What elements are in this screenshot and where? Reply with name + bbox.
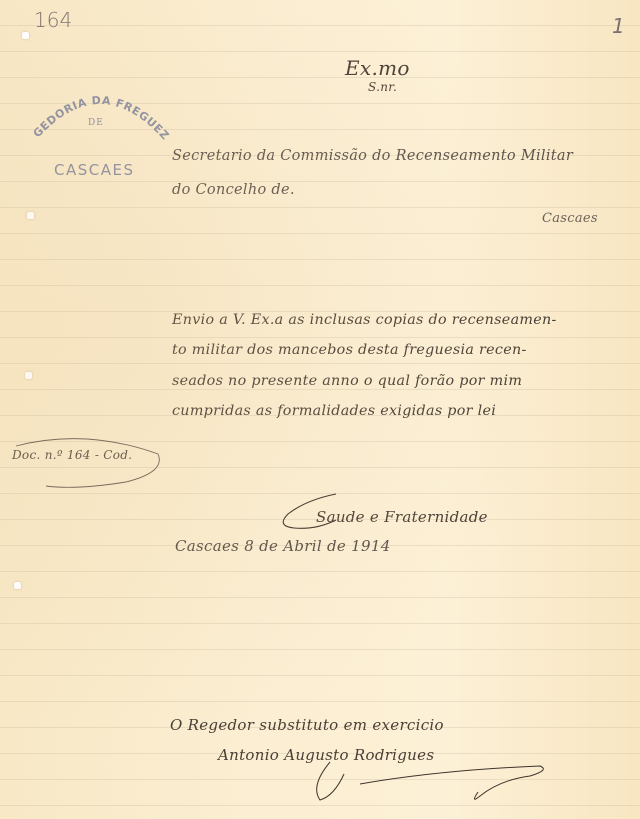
addressee-line-2: do Concelho de. — [172, 182, 295, 198]
stamp-place: CASCAES — [54, 161, 135, 179]
addressee-line-1: Secretario da Commissão do Recenseamento… — [172, 148, 573, 164]
salutation-top: Ex.mo — [345, 56, 410, 80]
body-line-1: Envio a V. Ex.a as inclusas copias do re… — [172, 312, 557, 328]
addressee-location: Cascaes — [542, 211, 598, 226]
svg-text:REGEDORIA DA FREGUEZIA: REGEDORIA DA FREGUEZIA — [30, 80, 170, 140]
stamp-de: DE — [88, 118, 104, 128]
salutation-bottom: S.nr. — [368, 80, 397, 94]
body-line-3: seados no presente anno o qual forão por… — [172, 373, 522, 389]
body-line-4: cumpridas as formalidades exigidas por l… — [172, 403, 496, 419]
punch-hole — [22, 32, 29, 39]
page-number: 1 — [612, 14, 625, 38]
signer-title: O Regedor substituto em exercicio — [170, 716, 444, 734]
punch-hole — [25, 372, 32, 379]
signer-name: Antonio Augusto Rodrigues — [218, 746, 434, 764]
punch-hole — [27, 212, 34, 219]
valediction: Saude e Fraternidade — [316, 508, 488, 526]
margin-note: Doc. n.º 164 - Cod. — [12, 448, 132, 462]
punch-hole — [14, 582, 21, 589]
document-page: 164 1 REGEDORIA DA FREGUEZIA DE CASCAES … — [0, 0, 640, 819]
place-date: Cascaes 8 de Abril de 1914 — [175, 537, 391, 555]
body-line-2: to militar dos mancebos desta freguesia … — [172, 342, 527, 358]
stamp-arc-text: REGEDORIA DA FREGUEZIA — [30, 80, 170, 140]
folio-number: 164 — [34, 8, 72, 32]
